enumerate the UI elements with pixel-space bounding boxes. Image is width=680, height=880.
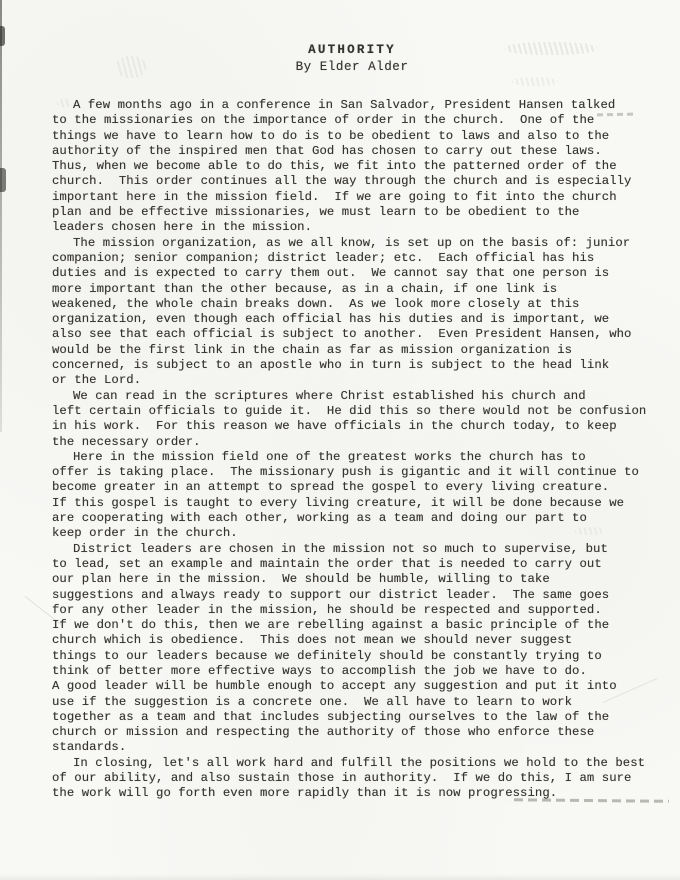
text-line: leaders chosen here in the mission. xyxy=(52,220,652,235)
text-line: would be the first link in the chain as … xyxy=(52,343,652,358)
text-line: the work will go forth even more rapidly… xyxy=(52,786,652,801)
text-line: together as a team and that includes sub… xyxy=(52,710,652,725)
text-line: to lead, set an example and maintain the… xyxy=(52,557,652,572)
text-line: are cooperating with each other, working… xyxy=(52,511,652,526)
text-line: the necessary order. xyxy=(52,435,652,450)
paragraph: A few months ago in a conference in San … xyxy=(52,98,652,236)
text-line: church which is obedience. This does not… xyxy=(52,633,652,648)
text-line: Here in the mission field one of the gre… xyxy=(52,450,652,465)
paragraph: District leaders are chosen in the missi… xyxy=(52,542,652,756)
text-line: church or mission and respecting the aut… xyxy=(52,725,652,740)
text-line: In closing, let's all work hard and fulf… xyxy=(52,756,652,771)
text-line: or the Lord. xyxy=(52,373,652,388)
text-line: weakened, the whole chain breaks down. A… xyxy=(52,297,652,312)
text-line: A good leader will be humble enough to a… xyxy=(52,679,652,694)
text-line: important here in the mission field. If … xyxy=(52,190,652,205)
text-line: If this gospel is taught to every living… xyxy=(52,496,652,511)
text-line: District leaders are chosen in the missi… xyxy=(52,542,652,557)
text-line: our plan here in the mission. We should … xyxy=(52,572,652,587)
text-line: A few months ago in a conference in San … xyxy=(52,98,652,113)
document-title: AUTHORITY xyxy=(52,42,652,59)
text-line: also see that each official is subject t… xyxy=(52,327,652,342)
text-line: left certain officials to guide it. He d… xyxy=(52,404,652,419)
scan-edge-blob xyxy=(0,168,6,192)
paragraph: Here in the mission field one of the gre… xyxy=(52,450,652,542)
paragraph: The mission organization, as we all know… xyxy=(52,236,652,389)
text-line: standards. xyxy=(52,740,652,755)
document-byline: By Elder Alder xyxy=(52,59,652,76)
title-block: AUTHORITY By Elder Alder xyxy=(52,42,652,76)
text-line: companion; senior companion; district le… xyxy=(52,251,652,266)
text-line: offer is taking place. The missionary pu… xyxy=(52,465,652,480)
text-line: authority of the inspired men that God h… xyxy=(52,144,652,159)
text-line: things to our leaders because we definit… xyxy=(52,649,652,664)
scan-edge-line xyxy=(0,0,2,432)
document-paragraphs: A few months ago in a conference in San … xyxy=(52,98,652,802)
text-line: think of better more effective ways to a… xyxy=(52,664,652,679)
text-line: If we don't do this, then we are rebelli… xyxy=(52,618,652,633)
text-line: for any other leader in the mission, he … xyxy=(52,603,652,618)
text-line: things we have to learn how to do is to … xyxy=(52,129,652,144)
text-line: more important than the other because, a… xyxy=(52,282,652,297)
text-line: church. This order continues all the way… xyxy=(52,174,652,189)
text-line: in his work. For this reason we have off… xyxy=(52,419,652,434)
paragraph: In closing, let's all work hard and fulf… xyxy=(52,756,652,802)
text-line: keep order in the church. xyxy=(52,526,652,541)
scan-edge-blob xyxy=(0,26,5,46)
text-line: plan and be effective missionaries, we m… xyxy=(52,205,652,220)
text-line: suggestions and always ready to support … xyxy=(52,588,652,603)
text-line: to the missionaries on the importance of… xyxy=(52,113,652,128)
scanned-document-page: AUTHORITY By Elder Alder A few months ag… xyxy=(0,0,680,880)
text-line: become greater in an attempt to spread t… xyxy=(52,480,652,495)
paragraph: We can read in the scriptures where Chri… xyxy=(52,389,652,450)
text-line: The mission organization, as we all know… xyxy=(52,236,652,251)
document-body: AUTHORITY By Elder Alder A few months ag… xyxy=(52,42,652,802)
text-line: organization, even though each official … xyxy=(52,312,652,327)
text-line: duties and is expected to carry them out… xyxy=(52,266,652,281)
text-line: We can read in the scriptures where Chri… xyxy=(52,389,652,404)
text-line: Thus, when we become able to do this, we… xyxy=(52,159,652,174)
text-line: use if the suggestion is a concrete one.… xyxy=(52,695,652,710)
text-line: of our ability, and also sustain those i… xyxy=(52,771,652,786)
text-line: concerned, is subject to an apostle who … xyxy=(52,358,652,373)
